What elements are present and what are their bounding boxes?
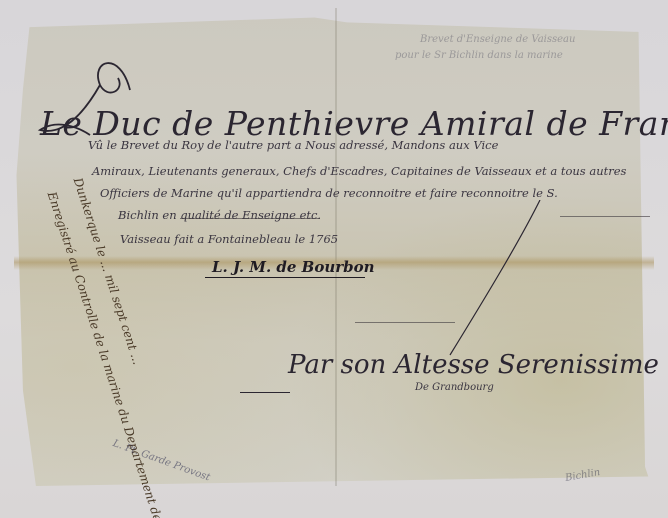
secretary-signature: De Grandbourg (415, 382, 494, 393)
top-right-annotation-line-2: pour le Sr Bichlin dans la marine (395, 50, 563, 61)
vertical-fold (335, 8, 337, 486)
closing-phrase: Par son Altesse Serenissime (288, 350, 659, 380)
body-line-1: Vû le Brevet du Roy de l'autre part a No… (88, 138, 498, 152)
body-line-5: Vaisseau fait a Fontainebleau le 1765 (120, 232, 338, 246)
body-line-2: Amiraux, Lieutenants generaux, Chefs d'E… (92, 164, 626, 178)
blank-rule-2 (560, 216, 650, 217)
body-line-4: Bichlin en qualité de Enseigne etc. (118, 208, 321, 222)
signature-underline (205, 277, 365, 278)
top-right-annotation-line-1: Brevet d'Enseigne de Vaisseau (420, 34, 575, 45)
body-line-3: Officiers de Marine qu'il appartiendra d… (100, 186, 558, 200)
duke-signature: L. J. M. de Bourbon (212, 258, 375, 276)
pen-stroke-flourish-icon (430, 200, 550, 360)
closing-underline (240, 392, 290, 393)
blank-rule-1 (180, 218, 320, 219)
